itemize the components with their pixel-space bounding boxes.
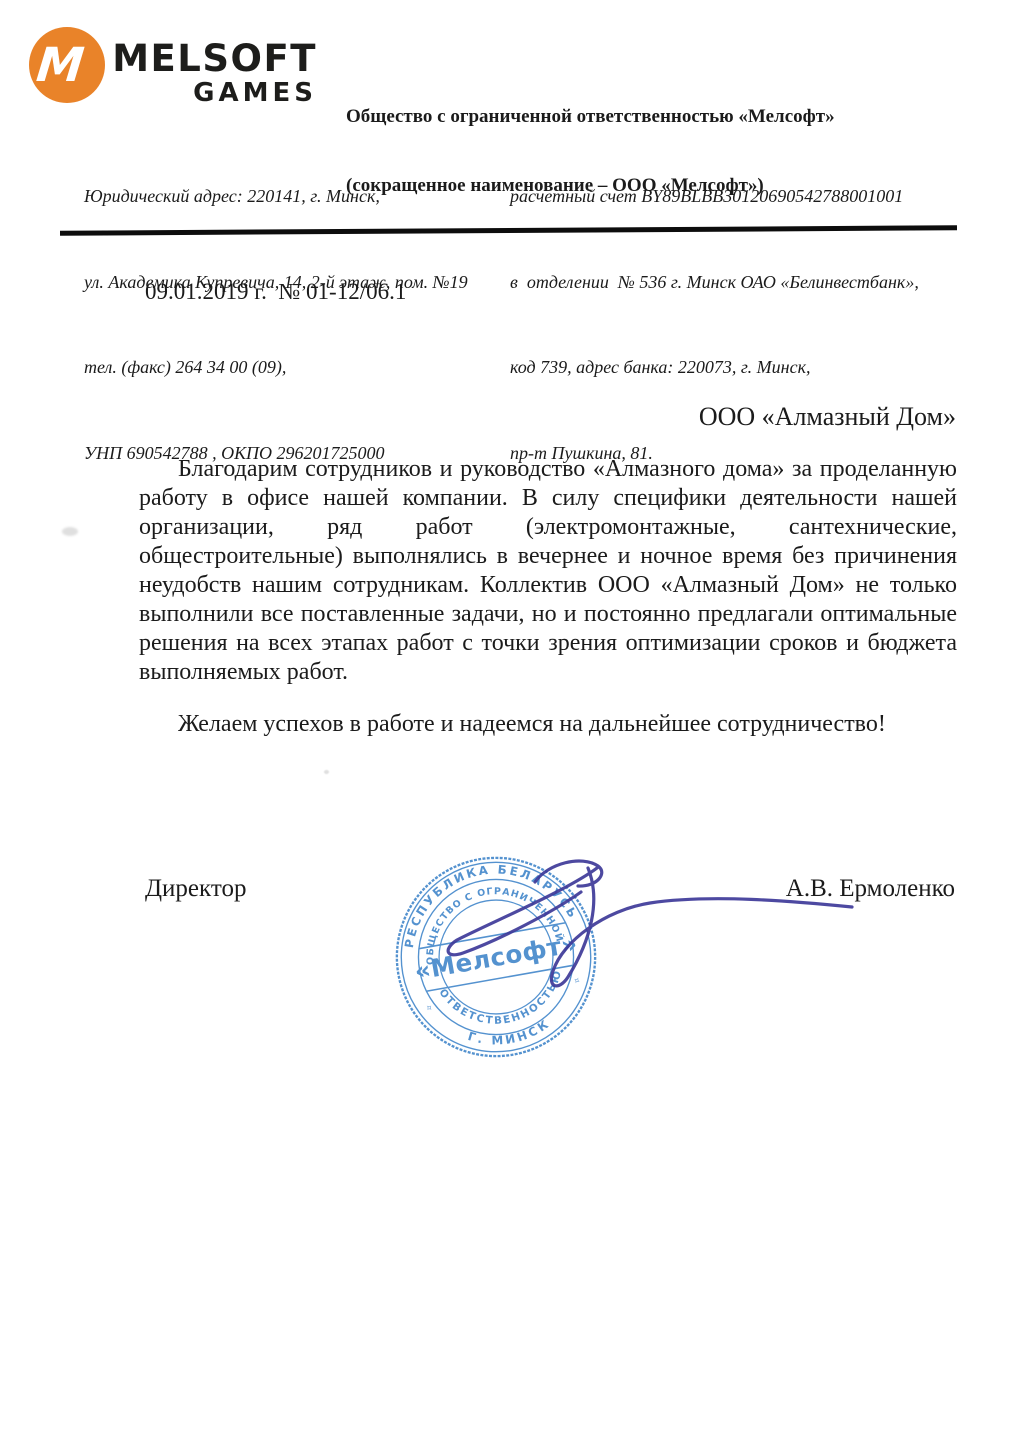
closing-paragraph: Желаем успехов в работе и надеемся на да…	[139, 710, 957, 739]
logo-games-text: GAMES	[104, 80, 317, 106]
legal-address-line: Юридический адрес: 220141, г. Минск,	[84, 182, 468, 211]
signer-title: Директор	[145, 875, 246, 903]
bank-code-line: код 739, адрес банка: 220073, г. Минск,	[510, 353, 919, 382]
date-number-line: 09.01.2019 г. № 01-12/06.1	[145, 279, 406, 305]
scan-artifact	[324, 770, 329, 774]
melsoft-logo-icon: M	[28, 26, 106, 104]
bank-branch-line: в отделении № 536 г. Минск ОАО «Белинвес…	[510, 268, 919, 297]
logo-m-letter: M	[34, 38, 87, 93]
phone-line: тел. (факс) 264 34 00 (09),	[84, 353, 468, 382]
body-paragraph: Благодарим сотрудников и руководство «Ал…	[139, 455, 957, 687]
letter-page: M MELSOFT GAMES Общество с ограниченной …	[0, 0, 1024, 1448]
recipient: ООО «Алмазный Дом»	[699, 402, 956, 432]
handwritten-signature-icon	[400, 845, 870, 1015]
bank-account-line: расчетный счет BY89BLBB30120690542788001…	[510, 182, 919, 211]
melsoft-logo: MELSOFT GAMES	[104, 40, 317, 106]
logo-melsoft-text: MELSOFT	[104, 40, 317, 77]
scan-artifact	[62, 527, 78, 536]
